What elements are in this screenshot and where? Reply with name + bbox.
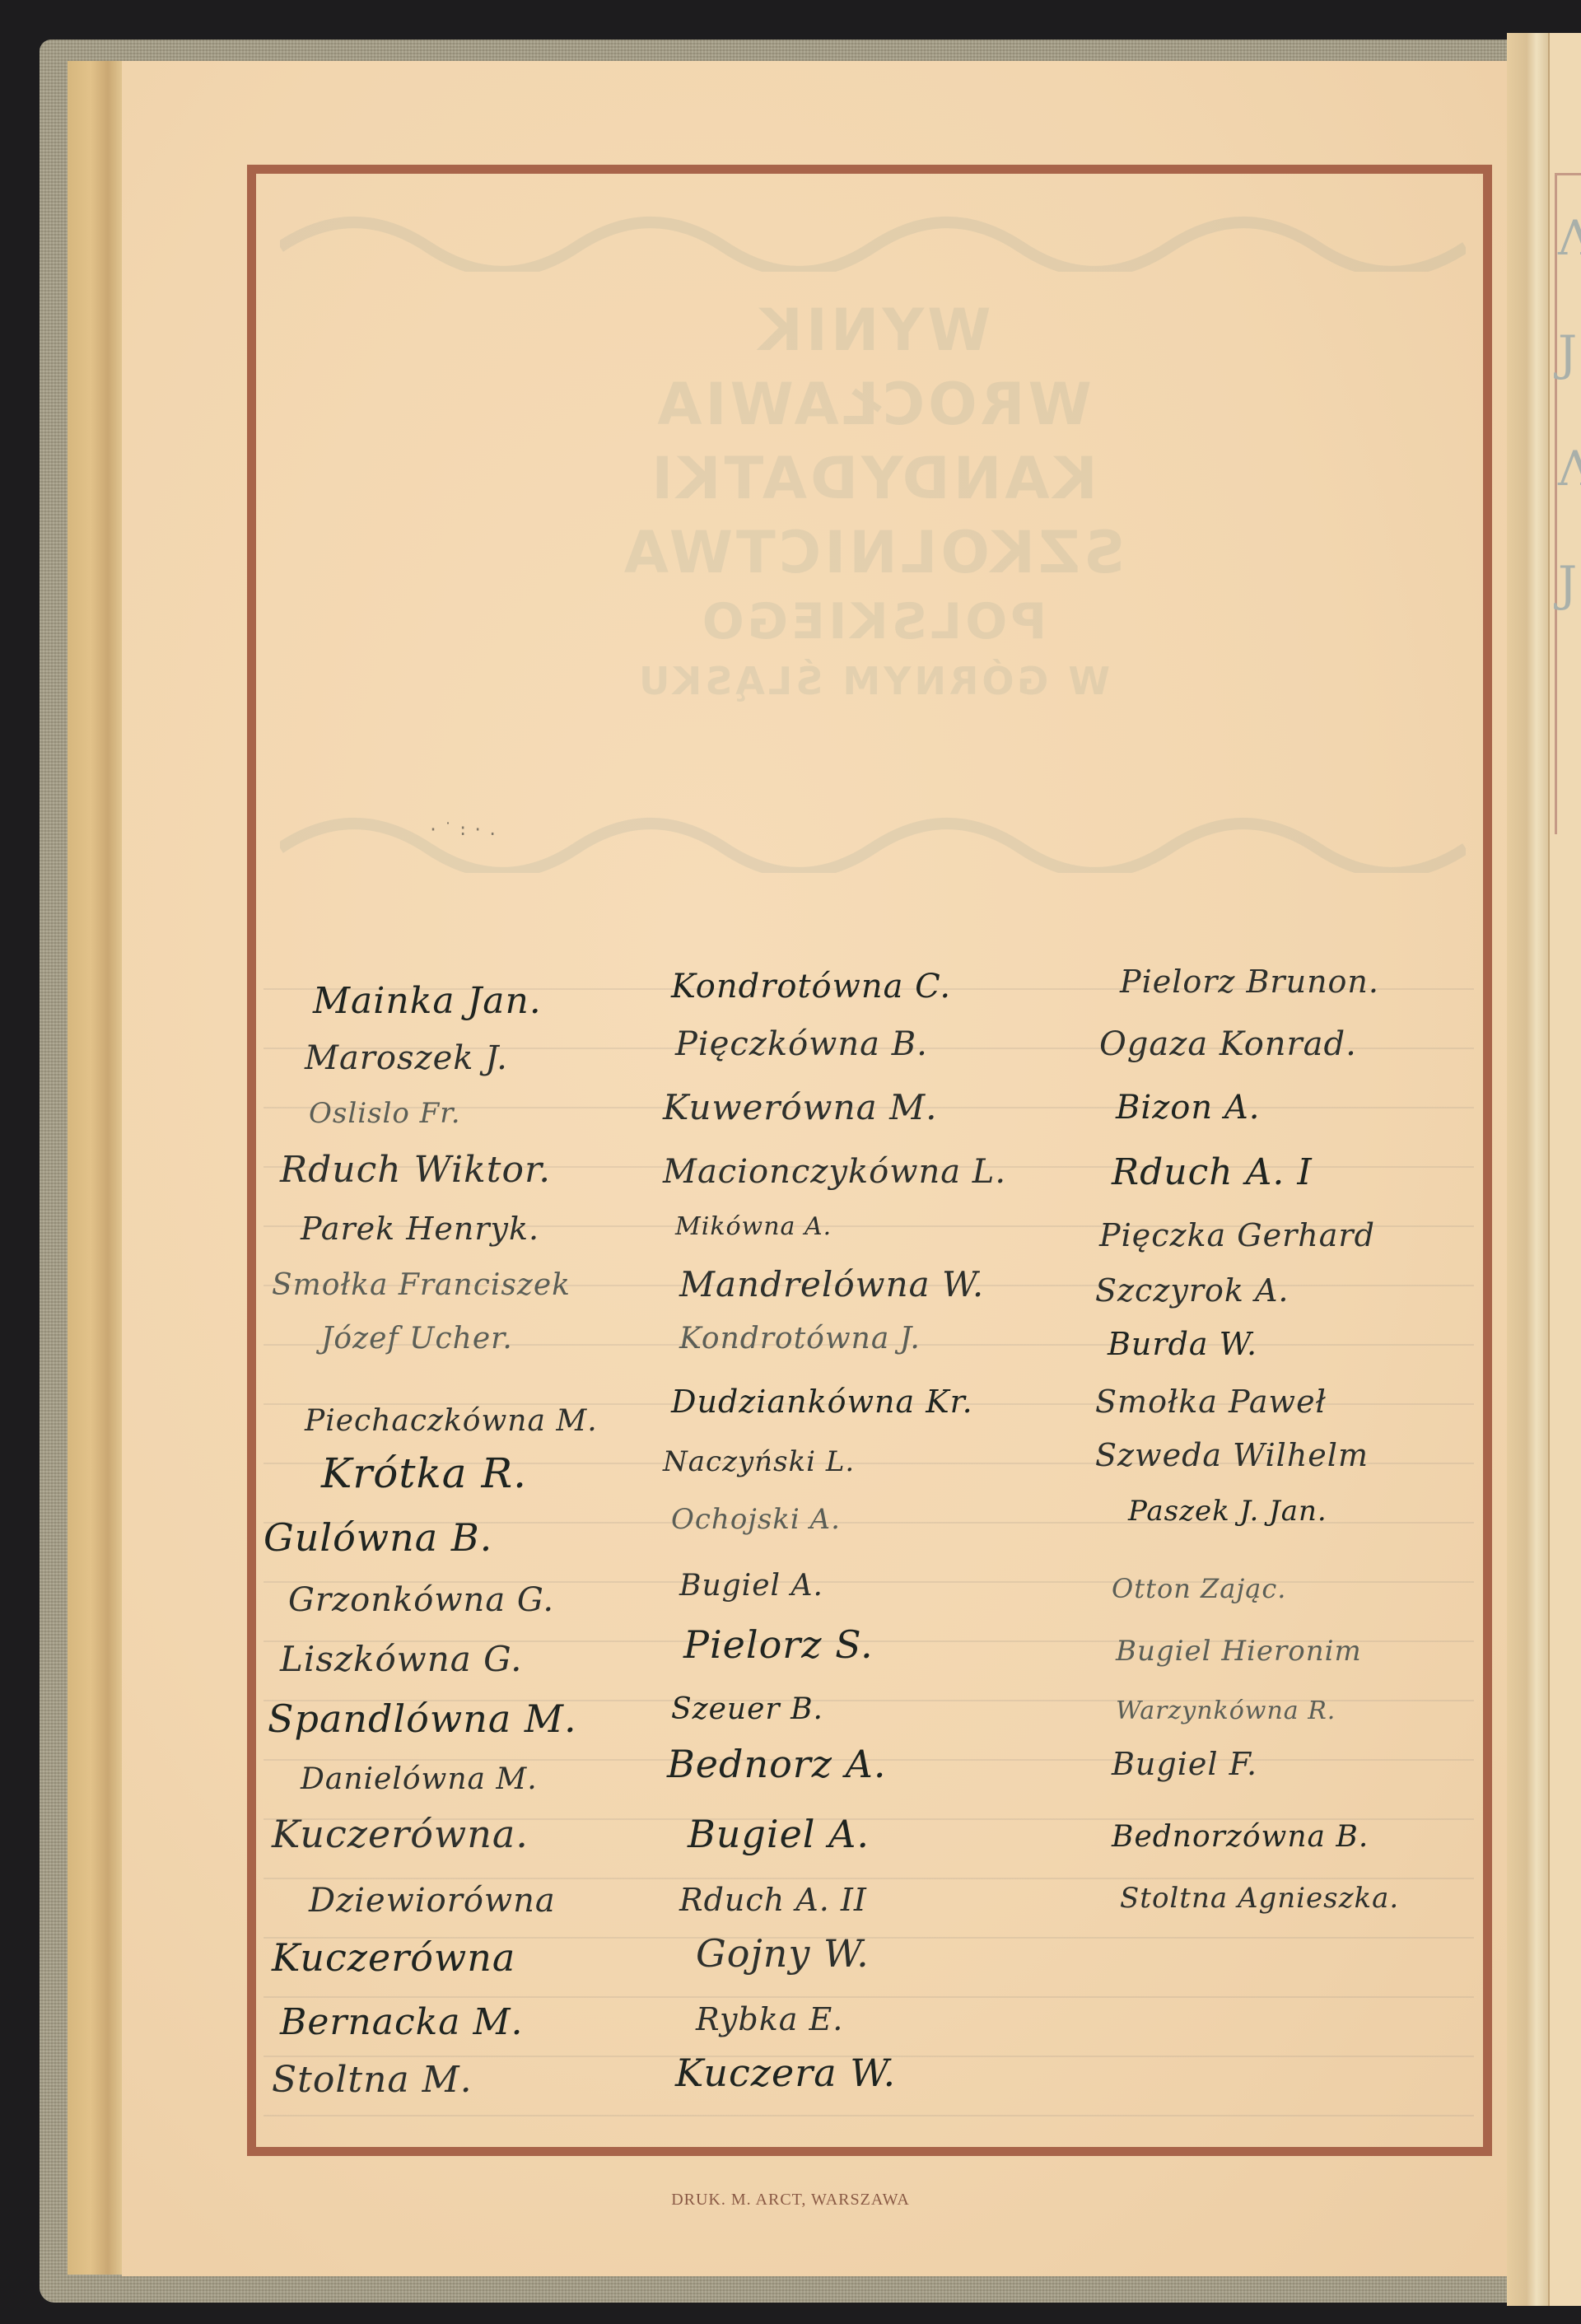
signature-entry: Pięczka Gerhard [1099,1217,1375,1253]
signature-entry: Oslislo Fr. [309,1097,461,1130]
signature-entry: Rduch A. II [679,1882,867,1918]
signature-entry: Bernacka M. [280,2001,524,2043]
signature-entry: Pielorz S. [683,1622,874,1667]
signature-entry: Dziewiorówna [309,1882,556,1920]
signature-entry: Ochojski A. [671,1503,841,1536]
signature-entry: Stoltna M. [272,2059,473,2101]
signature-entry: Rduch A. I [1112,1151,1313,1193]
signature-entry: Stoltna Agnieszka. [1120,1882,1399,1915]
signature-entry: Bugiel F. [1112,1746,1257,1782]
signature-entry: Smołka Paweł [1095,1384,1327,1420]
signature-entry: Mandrelówna W. [679,1264,984,1304]
signature-entry: Burda W. [1108,1326,1257,1362]
signature-entry: Kondrotówna J. [679,1322,921,1356]
signature-entry: Kuczerówna [272,1935,515,1980]
page-edges [68,61,125,2275]
adjacent-decorative-letter: J [1558,329,1577,377]
signature-entry: Szeuer B. [671,1692,823,1726]
signature-entry: Kuwerówna M. [663,1087,937,1127]
signature-entry: Parek Henryk. [301,1211,539,1247]
signature-entry: Szweda Wilhelm [1095,1437,1369,1473]
signature-entry: Rduch Wiktor. [280,1149,551,1191]
signature-entry: Pielorz Brunon. [1120,964,1379,1000]
adjacent-decorative-letter: J [1558,560,1577,608]
signature-entry: Bugiel Hieronim [1116,1635,1362,1668]
signature-entry: Grzonkówna G. [288,1581,554,1619]
signature-entry: Mainka Jan. [313,980,542,1022]
signature-entry: Bednorz A. [667,1742,886,1786]
signature-entry: Dudziankówna Kr. [671,1384,973,1420]
signature-entry: Macionczykówna L. [663,1153,1006,1191]
signature-entry: Bugiel A. [688,1812,870,1856]
signature-entry: Smołka Franciszek [272,1268,571,1302]
signature-entry: Danielówna M. [301,1762,538,1796]
signature-entry: Gojny W. [696,1931,870,1976]
signature-entry: Gulówna B. [263,1515,492,1560]
signature-entry: Otton Zając. [1112,1573,1286,1604]
signature-entry: Szczyrok A. [1095,1272,1290,1309]
signature-entry: Naczyński L. [663,1445,855,1478]
signature-entry: Ogaza Konrad. [1099,1025,1357,1063]
signature-entry: Liszkówna G. [280,1639,523,1679]
adjacent-page-border [1555,173,1581,834]
signature-entry: Bednorzówna B. [1112,1820,1369,1854]
signature-entry: Kondrotówna C. [671,968,951,1006]
adjacent-decorative-letter: Ʌ [1558,445,1581,492]
signature-entry: Kuczerówna. [272,1812,529,1856]
adjacent-decorative-letter: Ʌ [1558,214,1581,262]
signature-entry: Józef Ucher. [321,1322,513,1356]
signature-entry: Mikówna A. [675,1212,832,1241]
adjacent-page-fragment: Ʌ J Ʌ J [1548,33,1581,2306]
signature-entry: Rybka E. [696,2001,843,2037]
signature-entry: Warzynkówna R. [1116,1696,1336,1725]
signature-entry: Piechaczkówna M. [305,1404,598,1438]
signature-entry: Kuczera W. [675,2051,896,2095]
signature-entry: Pięczkówna B. [675,1025,928,1063]
printer-imprint: DRUK. M. ARCT, WARSZAWA [0,2191,1581,2210]
signature-entry: Paszek J. Jan. [1128,1495,1327,1528]
signature-entry: Bizon A. [1116,1089,1260,1127]
signature-entry: Spandlówna M. [268,1696,577,1741]
signature-entry: Maroszek J. [305,1039,508,1077]
signature-entry: Krótka R. [321,1449,527,1497]
signature-entry: Bugiel A. [679,1569,823,1603]
